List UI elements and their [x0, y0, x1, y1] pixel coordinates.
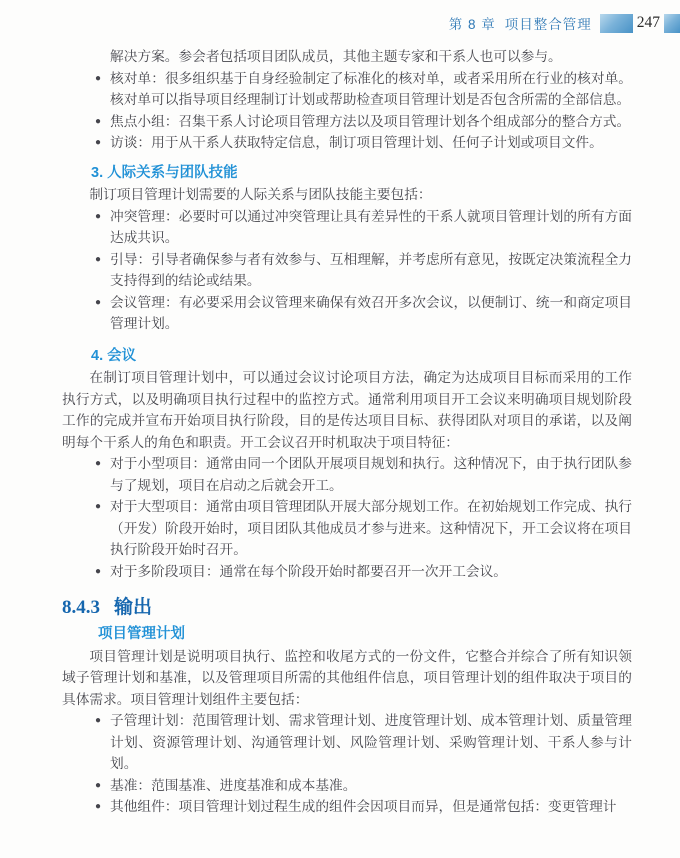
bullet-icon: ●	[95, 111, 101, 133]
section-heading-outputs: 8.4.3输出	[62, 594, 632, 621]
header-section-title: 项目整合管理	[505, 13, 592, 33]
list-item-text: 焦点小组：召集干系人讨论项目管理方法以及项目管理计划各个组成部分的整合方式。	[110, 114, 630, 129]
list-item: ● 其他组件：项目管理计划过程生成的组件会因项目而异，但是通常包括：变更管理计	[95, 796, 632, 818]
list-item: ● 对于小型项目：通常由同一个团队开展项目规划和执行。这种情况下，由于执行团队参…	[95, 453, 632, 496]
section-number: 8.4.3	[62, 597, 100, 618]
paragraph-skills-intro: 制订项目管理计划需要的人际关系与团队技能主要包括：	[62, 184, 632, 206]
bullet-icon: ●	[95, 775, 101, 797]
header-chapter-label: 第 8 章	[449, 13, 496, 33]
list-item: ● 核对单：很多组织基于自身经验制定了标准化的核对单，或者采用所在行业的核对单。…	[95, 68, 632, 111]
bullet-icon: ●	[95, 496, 101, 518]
bullet-icon: ●	[95, 796, 101, 818]
list-item-text: 会议管理：有必要采用会议管理来确保有效召开多次会议，以便制订、统一和商定项目管理…	[110, 295, 632, 332]
meetings-list: ● 对于小型项目：通常由同一个团队开展项目规划和执行。这种情况下，由于执行团队参…	[95, 453, 632, 582]
list-item-text: 对于大型项目：通常由项目管理团队开展大部分规划工作。在初始规划工作完成、执行（开…	[110, 499, 632, 557]
list-item-text: 访谈：用于从干系人获取特定信息，制订项目管理计划、任何子计划或项目文件。	[110, 135, 603, 150]
list-item-text: 对于多阶段项目：通常在每个阶段开始时都要召开一次开工会议。	[110, 564, 507, 579]
bullet-icon: ●	[95, 710, 101, 732]
list-item-text: 子管理计划：范围管理计划、需求管理计划、进度管理计划、成本管理计划、质量管理计划…	[110, 713, 632, 771]
list-item: ● 冲突管理：必要时可以通过冲突管理让具有差异性的干系人就项目管理计划的所有方面…	[95, 206, 632, 249]
list-item: ● 焦点小组：召集干系人讨论项目管理方法以及项目管理计划各个组成部分的整合方式。	[95, 111, 632, 133]
list-item-text: 基准：范围基准、进度基准和成本基准。	[110, 778, 356, 793]
subsection-heading-pm-plan: 项目管理计划	[98, 624, 632, 646]
skills-list: ● 冲突管理：必要时可以通过冲突管理让具有差异性的干系人就项目管理计划的所有方面…	[95, 206, 632, 335]
list-item: ● 会议管理：有必要采用会议管理来确保有效召开多次会议，以便制订、统一和商定项目…	[95, 292, 632, 335]
book-page: 第 8 章 项目整合管理 247 解决方案。参会者包括项目团队成员，其他主题专家…	[0, 0, 680, 858]
heading-interpersonal-skills: 3. 人际关系与团队技能	[91, 163, 632, 185]
list-item: ● 引导：引导者确保参与者有效参与、互相理解，并考虑所有意见，按既定决策流程全力…	[95, 249, 632, 292]
accent-box-icon	[600, 14, 633, 33]
list-item: ● 对于多阶段项目：通常在每个阶段开始时都要召开一次开工会议。	[95, 561, 632, 583]
running-head: 第 8 章 项目整合管理 247	[449, 13, 680, 33]
bullet-icon: ●	[95, 132, 101, 154]
list-item-text: 核对单：很多组织基于自身经验制定了标准化的核对单，或者采用所在行业的核对单。核对…	[110, 71, 632, 108]
bullet-icon: ●	[95, 292, 101, 314]
list-item-text: 冲突管理：必要时可以通过冲突管理让具有差异性的干系人就项目管理计划的所有方面达成…	[110, 209, 632, 246]
bullet-icon: ●	[95, 206, 101, 228]
bullet-icon: ●	[95, 453, 101, 475]
accent-box-icon	[664, 14, 680, 33]
bullet-icon: ●	[95, 249, 101, 271]
list-item-text: 对于小型项目：通常由同一个团队开展项目规划和执行。这种情况下，由于执行团队参与了…	[110, 456, 632, 493]
list-item: ● 子管理计划：范围管理计划、需求管理计划、进度管理计划、成本管理计划、质量管理…	[95, 710, 632, 775]
bullet-icon: ●	[95, 68, 101, 90]
heading-meetings: 4. 会议	[91, 346, 632, 368]
data-gathering-list: ● 核对单：很多组织基于自身经验制定了标准化的核对单，或者采用所在行业的核对单。…	[95, 68, 632, 154]
pm-plan-components-list: ● 子管理计划：范围管理计划、需求管理计划、进度管理计划、成本管理计划、质量管理…	[95, 710, 632, 818]
list-item-text: 其他组件：项目管理计划过程生成的组件会因项目而异，但是通常包括：变更管理计	[110, 799, 616, 814]
section-title: 输出	[114, 597, 152, 618]
bullet-icon: ●	[95, 561, 101, 583]
list-item: ● 访谈：用于从干系人获取特定信息，制订项目管理计划、任何子计划或项目文件。	[95, 132, 632, 154]
paragraph-meetings: 在制订项目管理计划中，可以通过会议讨论项目方法，确定为达成项目目标而采用的工作执…	[62, 367, 632, 453]
page-number: 247	[637, 14, 660, 32]
list-item: ● 对于大型项目：通常由项目管理团队开展大部分规划工作。在初始规划工作完成、执行…	[95, 496, 632, 561]
page-content: 解决方案。参会者包括项目团队成员，其他主题专家和干系人也可以参与。 ● 核对单：…	[0, 0, 680, 818]
paragraph-continuation: 解决方案。参会者包括项目团队成员，其他主题专家和干系人也可以参与。	[110, 46, 632, 68]
list-item: ● 基准：范围基准、进度基准和成本基准。	[95, 775, 632, 797]
list-item-text: 引导：引导者确保参与者有效参与、互相理解，并考虑所有意见，按既定决策流程全力支持…	[110, 252, 632, 289]
paragraph-pm-plan: 项目管理计划是说明项目执行、监控和收尾方式的一份文件，它整合并综合了所有知识领域…	[62, 646, 632, 711]
